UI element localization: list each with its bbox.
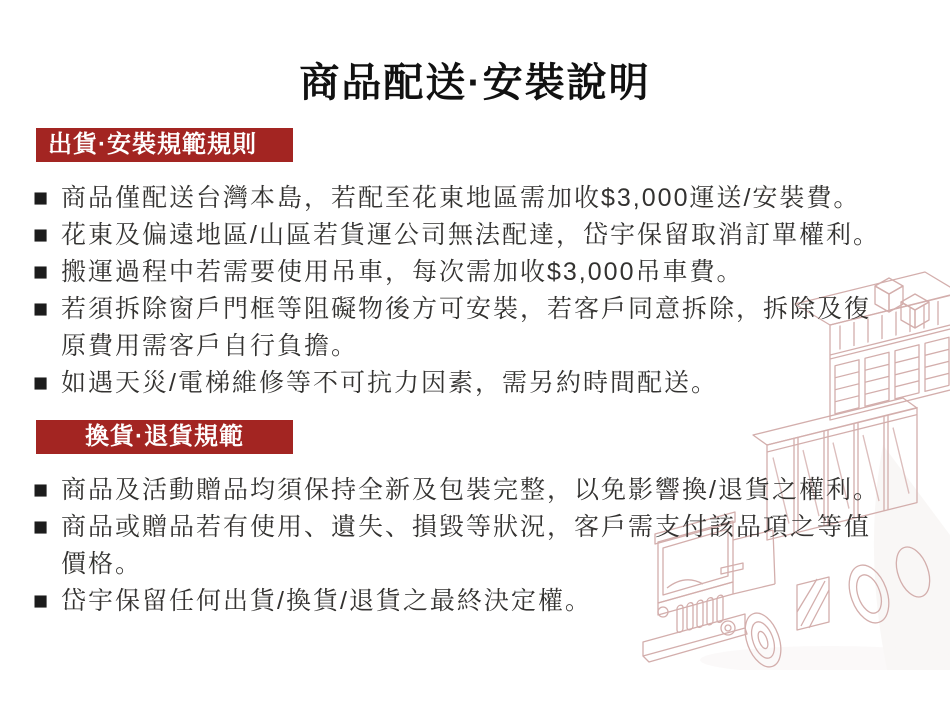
rule-item: ■ 若須拆除窗戶門框等阻礙物後方可安裝，若客戶同意拆除，拆除及復原費用需客戶自行… — [33, 291, 895, 365]
rule-item: ■ 搬運過程中若需要使用吊車，每次需加收$3,000吊車費。 — [33, 254, 895, 291]
rule-text: 商品及活動贈品均須保持全新及包裝完整，以免影響換/退貨之權利。 — [61, 472, 880, 509]
shipping-rules-list: ■ 商品僅配送台灣本島，若配至花東地區需加收$3,000運送/安裝費。 ■ 花東… — [33, 180, 895, 402]
square-bullet-icon: ■ — [33, 217, 61, 254]
rule-text: 商品僅配送台灣本島，若配至花東地區需加收$3,000運送/安裝費。 — [61, 180, 860, 217]
rule-item: ■ 商品僅配送台灣本島，若配至花東地區需加收$3,000運送/安裝費。 — [33, 180, 895, 217]
square-bullet-icon: ■ — [33, 254, 61, 291]
square-bullet-icon: ■ — [33, 472, 61, 509]
rule-item: ■ 岱宇保留任何出貨/換貨/退貨之最終決定權。 — [33, 583, 895, 620]
ground-shadow-shape — [700, 646, 950, 670]
rule-text: 若須拆除窗戶門框等阻礙物後方可安裝，若客戶同意拆除，拆除及復原費用需客戶自行負擔… — [61, 291, 889, 365]
rule-item: ■ 商品及活動贈品均須保持全新及包裝完整，以免影響換/退貨之權利。 — [33, 472, 895, 509]
square-bullet-icon: ■ — [33, 180, 61, 217]
rule-item: ■ 花東及偏遠地區/山區若貨運公司無法配達，岱宇保留取消訂單權利。 — [33, 217, 895, 254]
rule-text: 花東及偏遠地區/山區若貨運公司無法配達，岱宇保留取消訂單權利。 — [61, 217, 880, 254]
rule-item: ■ 商品或贈品若有使用、遺失、損毀等狀況，客戶需支付該品項之等值價格。 — [33, 509, 895, 583]
square-bullet-icon: ■ — [33, 365, 61, 402]
page-title: 商品配送·安裝說明 — [0, 51, 950, 108]
section-heading-shipping: 出貨·安裝規範規則 — [36, 128, 293, 162]
square-bullet-icon: ■ — [33, 583, 61, 620]
square-bullet-icon: ■ — [33, 509, 61, 546]
rule-text: 如遇天災/電梯維修等不可抗力因素，需另約時間配送。 — [61, 365, 718, 402]
section-heading-returns: 換貨·退貨規範 — [36, 420, 293, 454]
rule-item: ■ 如遇天災/電梯維修等不可抗力因素，需另約時間配送。 — [33, 365, 895, 402]
rule-text: 商品或贈品若有使用、遺失、損毀等狀況，客戶需支付該品項之等值價格。 — [61, 509, 889, 583]
rule-text: 岱宇保留任何出貨/換貨/退貨之最終決定權。 — [61, 583, 592, 620]
rule-text: 搬運過程中若需要使用吊車，每次需加收$3,000吊車費。 — [61, 254, 743, 291]
square-bullet-icon: ■ — [33, 291, 61, 328]
return-rules-list: ■ 商品及活動贈品均須保持全新及包裝完整，以免影響換/退貨之權利。 ■ 商品或贈… — [33, 472, 895, 620]
